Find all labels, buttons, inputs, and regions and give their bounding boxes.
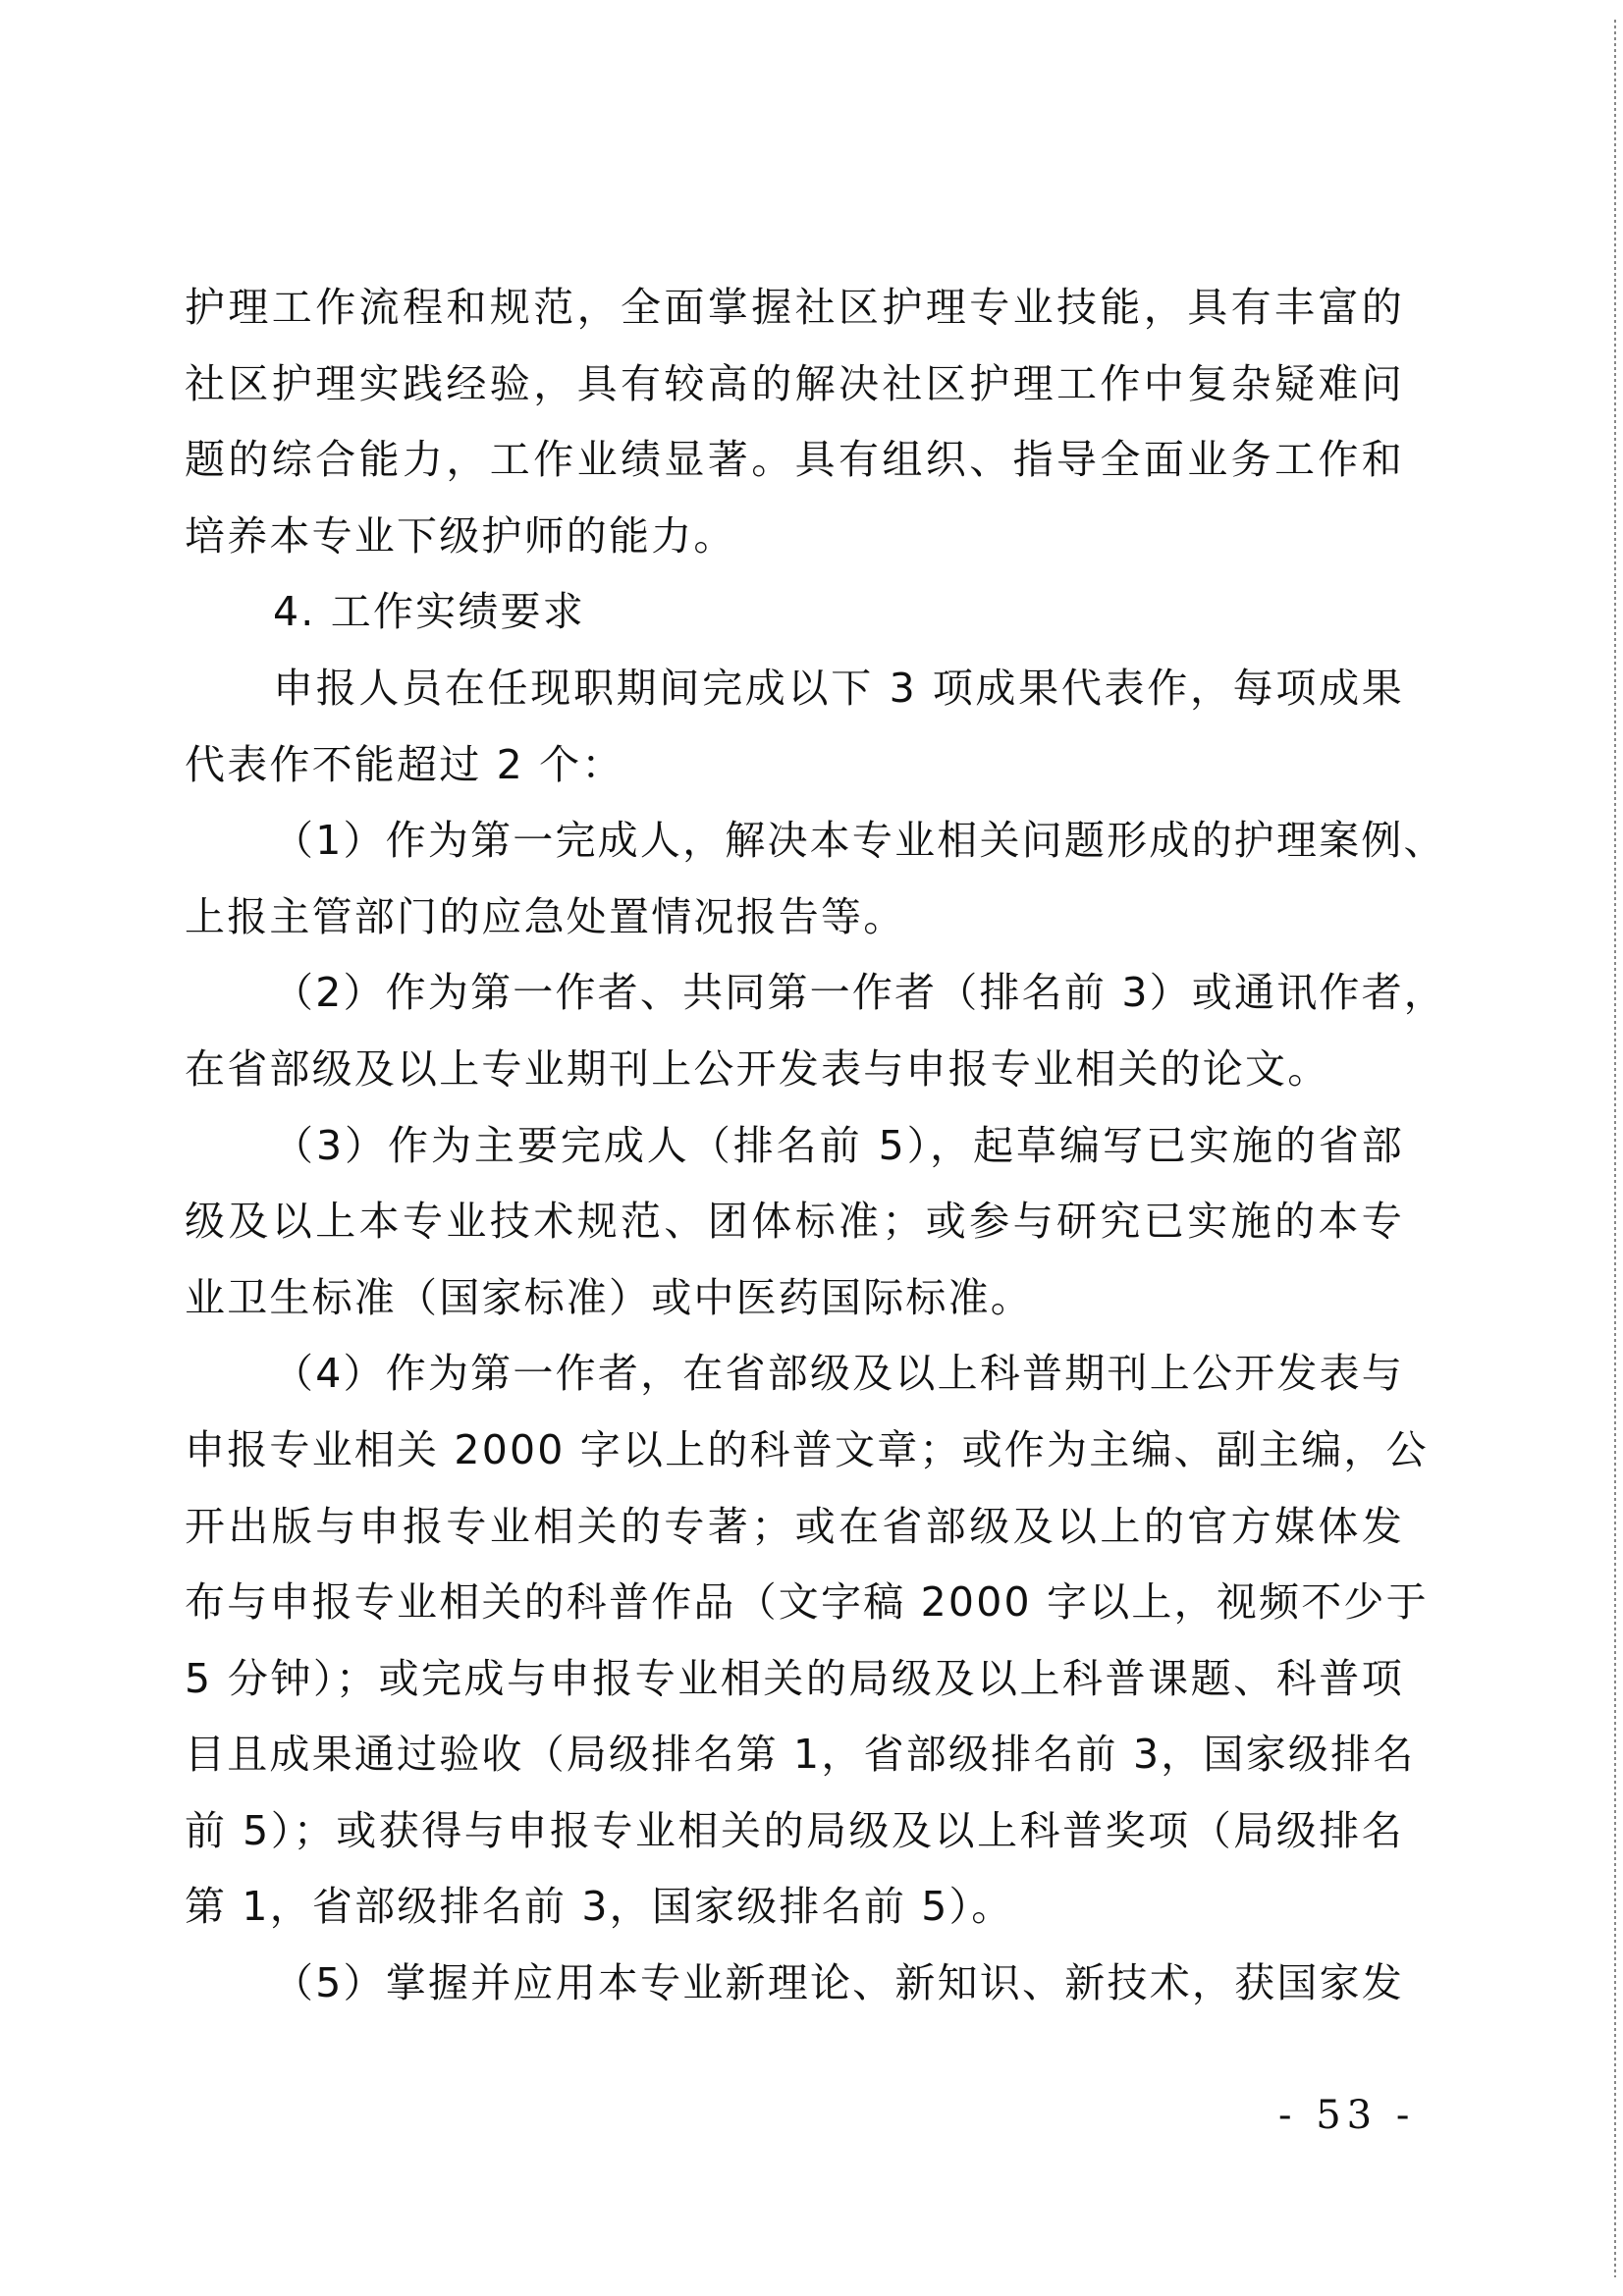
text-line: 护理工作流程和规范，全面掌握社区护理专业技能，具有丰富的 xyxy=(185,270,1404,347)
text-line: 培养本专业下级护师的能力。 xyxy=(185,499,1404,575)
paragraph-start: 申报人员在任现职期间完成以下 3 项成果代表作，每项成果 xyxy=(185,651,1404,727)
text-line: 5 分钟）；或完成与申报专业相关的局级及以上科普课题、科普项 xyxy=(185,1641,1404,1718)
text-line: 级及以上本专业技术规范、团体标准；或参与研究已实施的本专 xyxy=(185,1184,1404,1260)
scan-edge-line xyxy=(1614,20,1616,2277)
text-line: 代表作不能超过 2 个： xyxy=(185,727,1404,804)
text-line: 第 1，省部级排名前 3，国家级排名前 5）。 xyxy=(185,1869,1404,1946)
text-line: 业卫生标准（国家标准）或中医药国际标准。 xyxy=(185,1260,1404,1337)
text-line: 社区护理实践经验，具有较高的解决社区护理工作中复杂疑难问 xyxy=(185,347,1404,423)
body-text: 护理工作流程和规范，全面掌握社区护理专业技能，具有丰富的 社区护理实践经验，具有… xyxy=(185,270,1404,2022)
text-line: 题的综合能力，工作业绩显著。具有组织、指导全面业务工作和 xyxy=(185,422,1404,499)
page-number: - 53 - xyxy=(1278,2093,1415,2138)
text-line: 前 5）；或获得与申报专业相关的局级及以上科普奖项（局级排名 xyxy=(185,1793,1404,1870)
text-line: 目且成果通过验收（局级排名第 1，省部级排名前 3，国家级排名 xyxy=(185,1717,1404,1793)
text-line: 上报主管部门的应急处置情况报告等。 xyxy=(185,880,1404,956)
text-line: 在省部级及以上专业期刊上公开发表与申报专业相关的论文。 xyxy=(185,1032,1404,1108)
list-item-2: （2）作为第一作者、共同第一作者（排名前 3）或通讯作者， xyxy=(185,955,1404,1032)
document-page: 护理工作流程和规范，全面掌握社区护理专业技能，具有丰富的 社区护理实践经验，具有… xyxy=(0,0,1623,2296)
list-item-4: （4）作为第一作者，在省部级及以上科普期刊上公开发表与 xyxy=(185,1336,1404,1413)
list-item-5: （5）掌握并应用本专业新理论、新知识、新技术，获国家发 xyxy=(185,1946,1404,2022)
text-line: 布与申报专业相关的科普作品（文字稿 2000 字以上，视频不少于 xyxy=(185,1565,1404,1641)
text-line: 开出版与申报专业相关的专著；或在省部级及以上的官方媒体发 xyxy=(185,1489,1404,1566)
text-line: 申报专业相关 2000 字以上的科普文章；或作为主编、副主编，公 xyxy=(185,1413,1404,1489)
list-item-1: （1）作为第一完成人，解决本专业相关问题形成的护理案例、 xyxy=(185,803,1404,880)
list-item-3: （3）作为主要完成人（排名前 5），起草编写已实施的省部 xyxy=(185,1108,1404,1185)
section-heading: 4. 工作实绩要求 xyxy=(185,574,1404,651)
